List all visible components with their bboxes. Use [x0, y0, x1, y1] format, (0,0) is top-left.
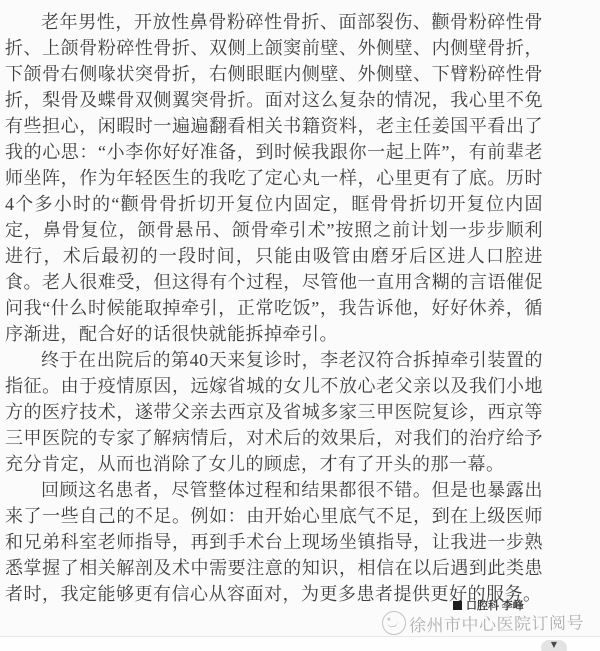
scroll-down-button[interactable]: ▼ — [541, 640, 567, 651]
account-watermark: 徐州市中心医院订阅号 — [382, 610, 584, 635]
article-paragraph: 老年男性，开放性鼻骨粉碎性骨折、面部裂伤、颧骨粉碎性骨折、上颌骨粉碎性骨折、双侧… — [5, 9, 543, 347]
article-paragraph: 回顾这名患者，尽管整体过程和结果都很不错。但是也暴露出来了一些自己的不足。例如：… — [5, 477, 543, 607]
square-bullet-icon — [453, 601, 462, 610]
hospital-logo-icon — [380, 609, 407, 636]
article-page: 老年男性，开放性鼻骨粉碎性骨折、面部裂伤、颧骨粉碎性骨折、上颌骨粉碎性骨折、双侧… — [0, 0, 600, 651]
chevron-down-icon: ▼ — [551, 640, 557, 650]
watermark-text: 徐州市中心医院订阅号 — [409, 608, 584, 636]
article-body: 老年男性，开放性鼻骨粉碎性骨折、面部裂伤、颧骨粉碎性骨折、上颌骨粉碎性骨折、双侧… — [5, 9, 543, 607]
article-paragraph: 终于在出院后的第40天来复诊时，李老汉符合拆掉牵引装置的指征。由于疫情原因，远嫁… — [5, 347, 543, 477]
bottom-strip — [0, 637, 600, 651]
